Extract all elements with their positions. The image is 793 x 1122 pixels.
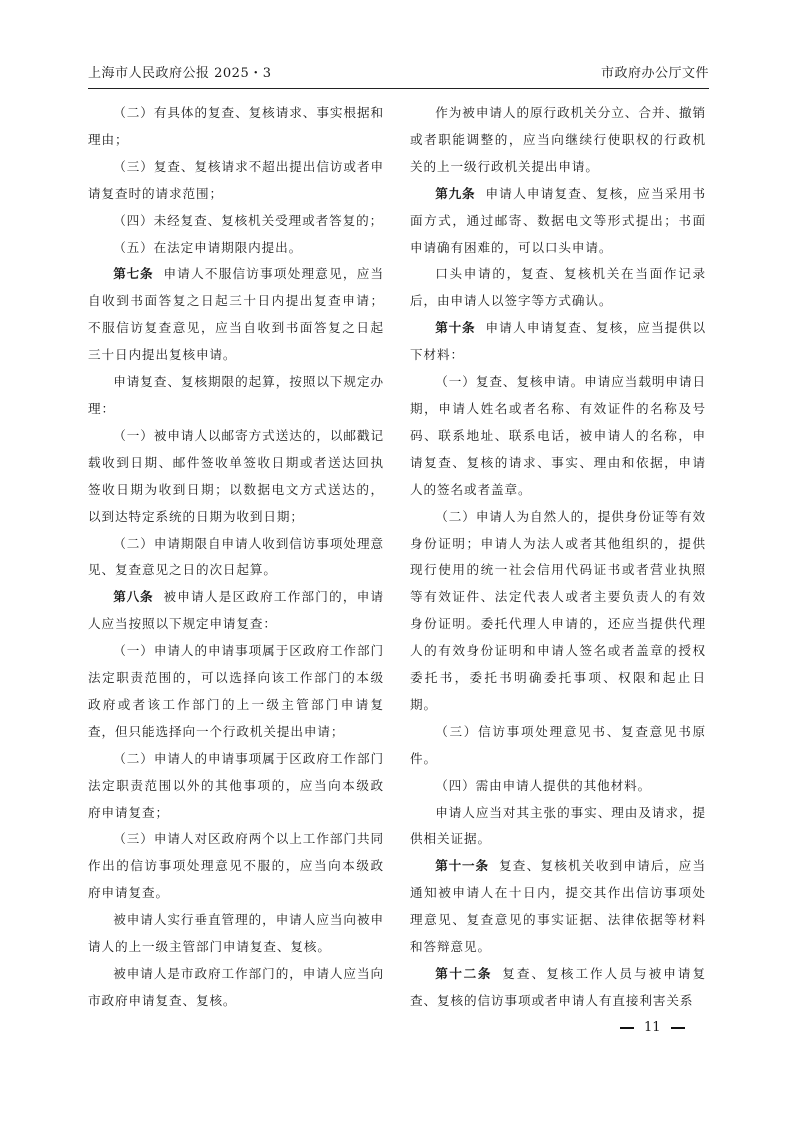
paragraph: 申请人应当对其主张的事实、理由及请求，提供相关证据。 [410,800,706,854]
paragraph: （二）申请人的申请事项属于区政府工作部门法定职责范围以外的其他事项的，应当向本级… [88,746,384,827]
article-11: 第十一条复查、复核机关收到申请后，应当通知被申请人在十日内，提交其作出信访事项处… [410,853,706,961]
paragraph: 作为被申请人的原行政机关分立、合并、撤销或者职能调整的，应当向继续行使职权的行政… [410,100,706,181]
article-number: 第七条 [113,266,153,281]
article-7: 第七条申请人不服信访事项处理意见，应当自收到书面答复之日起三十日内提出复查申请；… [88,261,384,369]
paragraph: （四）需由申请人提供的其他材料。 [410,773,706,800]
paragraph: （一）申请人的申请事项属于区政府工作部门法定职责范围的，可以选择向该工作部门的本… [88,638,384,746]
page-number: 11 [620,1020,685,1036]
article-number: 第八条 [113,589,153,604]
running-header: 上海市人民政府公报 2025・3 市政府办公厅文件 [88,66,709,89]
dash-decoration [620,1027,634,1029]
dash-decoration [671,1027,685,1029]
paragraph: （一）被申请人以邮寄方式送达的，以邮戳记载收到日期、邮件签收单签收日期或者送达回… [88,423,384,531]
paragraph: 口头申请的，复查、复核机关在当面作记录后，由申请人以签字等方式确认。 [410,261,706,315]
paragraph: （三）申请人对区政府两个以上工作部门共同作出的信访事项处理意见不服的，应当向本级… [88,826,384,907]
paragraph: （二）申请期限自申请人收到信访事项处理意见、复查意见之日的次日起算。 [88,531,384,585]
article-number: 第九条 [435,186,475,201]
paragraph: （三）信访事项处理意见书、复查意见书原件。 [410,719,706,773]
article-number: 第十一条 [435,858,489,873]
paragraph: （二）申请人为自然人的，提供身份证等有效身份证明；申请人为法人或者其他组织的，提… [410,504,706,719]
paragraph: 申请复查、复核期限的起算，按照以下规定办理： [88,369,384,423]
article-number: 第十二条 [435,966,492,981]
paragraph: （四）未经复查、复核机关受理或者答复的； [88,208,384,235]
article-10: 第十条申请人申请复查、复核，应当提供以下材料： [410,315,706,369]
section-title: 市政府办公厅文件 [601,66,709,82]
article-12: 第十二条复查、复核工作人员与被申请复查、复核的信访事项或者申请人有直接利害关系 [410,961,706,1015]
paragraph: （三）复查、复核请求不超出提出信访或者申请复查时的请求范围； [88,154,384,208]
article-number: 第十条 [435,320,475,335]
paragraph: 被申请人是市政府工作部门的，申请人应当向市政府申请复查、复核。 [88,961,384,1015]
page-number-text: 11 [644,1020,661,1036]
paragraph: （二）有具体的复查、复核请求、事实根据和理由； [88,100,384,154]
article-8: 第八条被申请人是区政府工作部门的，申请人应当按照以下规定申请复查： [88,584,384,638]
left-column: （二）有具体的复查、复核请求、事实根据和理由； （三）复查、复核请求不超出提出信… [88,100,384,1015]
right-column: 作为被申请人的原行政机关分立、合并、撤销或者职能调整的，应当向继续行使职权的行政… [410,100,706,1015]
article-9: 第九条申请人申请复查、复核，应当采用书面方式，通过邮寄、数据电文等形式提出；书面… [410,181,706,262]
publication-title: 上海市人民政府公报 2025・3 [88,66,272,82]
paragraph: （五）在法定申请期限内提出。 [88,235,384,262]
paragraph: 被申请人实行垂直管理的，申请人应当向被申请人的上一级主管部门申请复查、复核。 [88,907,384,961]
paragraph: （一）复查、复核申请。申请应当载明申请日期，申请人姓名或者名称、有效证件的名称及… [410,369,706,504]
